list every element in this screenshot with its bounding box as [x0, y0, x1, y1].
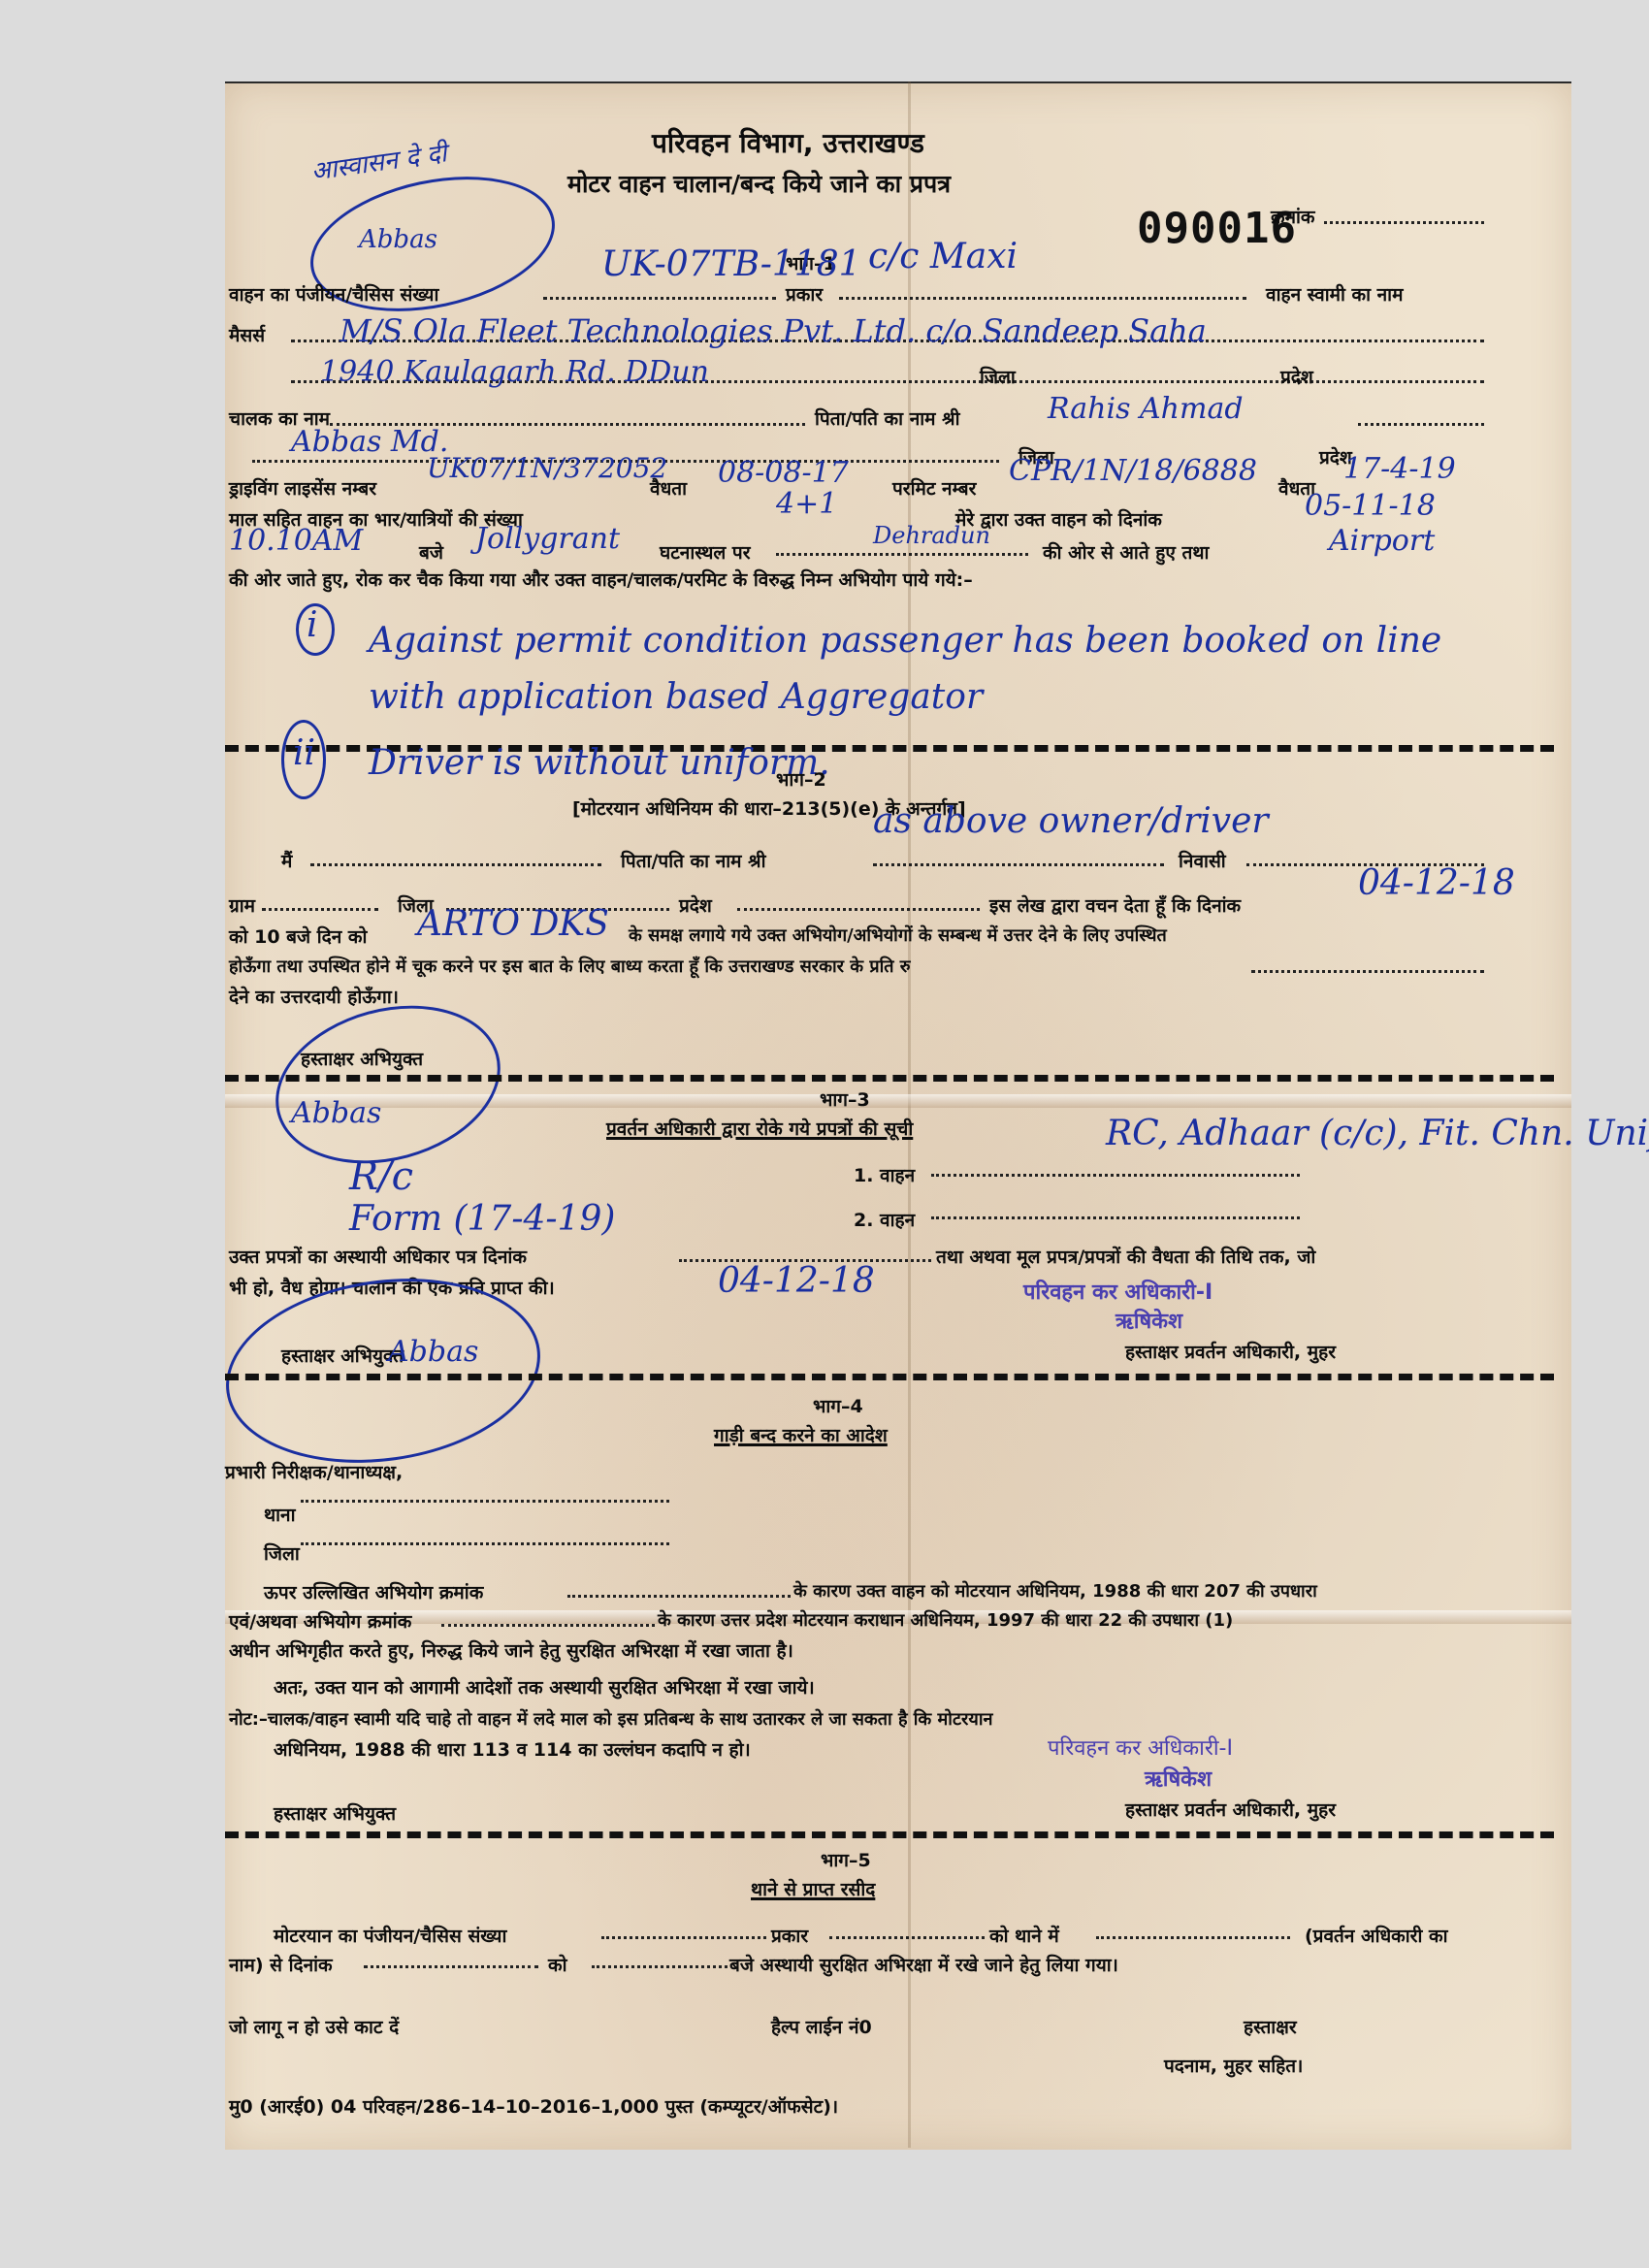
p4-signature-label: हस्ताक्षर अभियुक्त: [274, 1800, 396, 1826]
district-label: जिला: [980, 364, 1016, 389]
p2-signature-label: हस्ताक्षर अभियुक्त: [301, 1046, 423, 1071]
p5-designation: पदनाम, मुहर सहित।: [1164, 2053, 1303, 2078]
p5-line2a: नाम) से दिनांक: [229, 1952, 333, 1977]
p2-village-label: ग्राम: [229, 892, 255, 918]
p2-signature: Abbas: [291, 1096, 381, 1130]
p2-hearing-date: 04-12-18: [1358, 863, 1515, 903]
p3-receipt-date: 04-12-18: [718, 1261, 875, 1301]
p3-para1b: तथा अथवा मूल प्रपत्र/प्रपत्रों की वैधता …: [936, 1244, 1315, 1269]
p5-helpline: हैल्प लाईन नं0: [771, 2014, 872, 2039]
part4-label: भाग–4: [813, 1393, 863, 1418]
p4-district-label: जिला: [264, 1540, 300, 1566]
part5-subtitle: थाने से प्राप्त रसीद: [751, 1876, 875, 1901]
place-value: Jollygrant: [475, 522, 620, 556]
registration-value: UK-07TB-1181: [601, 244, 861, 284]
department-title: परिवहन विभाग, उत्तराखण्ड: [652, 124, 924, 161]
p5-line1c: को थाने में: [989, 1923, 1059, 1948]
permit-validity-value: 17-4-19: [1343, 452, 1456, 486]
p5-line2b: को: [548, 1952, 567, 1977]
p4-stamp-place: ऋषिकेश: [1145, 1764, 1212, 1793]
check-date-value: 05-11-18: [1305, 489, 1436, 523]
p4-officer-label: हस्ताक्षर प्रवर्तन अधिकारी, मुहर: [1125, 1797, 1336, 1822]
p2-line4: होऊँगा तथा उपस्थित होने में चूक करने पर …: [229, 955, 911, 978]
place-label: घटनास्थल पर: [660, 539, 750, 565]
p2-line3-prefix: को 10 बजे दिन को: [229, 923, 367, 949]
p4-station-label: थाना: [264, 1502, 296, 1527]
from-value: Dehradun: [873, 522, 990, 549]
officer-stamp-place: ऋषिकेश: [1115, 1306, 1182, 1335]
p2-line5: देने का उत्तरदायी होऊँगा।: [229, 984, 399, 1009]
p4-para2: एवं/अथवा अभियोग क्रमांक: [229, 1608, 411, 1634]
permit-value: CPR/1N/18/6888: [1009, 454, 1257, 488]
p4-note2: अधिनियम, 1988 की धारा 113 व 114 का उल्लं…: [274, 1736, 751, 1762]
officer-stamp-title: परिवहन कर अधिकारी-I: [1023, 1277, 1212, 1306]
p2-father-label: पिता/पति का नाम श्री: [621, 848, 766, 873]
p4-para3: अधीन अभिगृहीत करते हुए, निरुद्ध किये जान…: [229, 1637, 793, 1663]
p2-state-label: प्रदेश: [679, 892, 712, 918]
driver-father-label: पिता/पति का नाम श्री: [815, 405, 960, 431]
part4-subtitle: गाड़ी बन्द करने का आदेश: [714, 1422, 888, 1447]
doc-item-2-label: 2. वाहन: [854, 1207, 915, 1232]
p5-line1d: (प्रवर्तन अधिकारी का: [1305, 1923, 1448, 1948]
p3-officer-label: हस्ताक्षर प्रवर्तन अधिकारी, मुहर: [1125, 1339, 1336, 1364]
check-time-value: 10.10AM: [229, 524, 363, 558]
type-label: प्रकार: [786, 281, 823, 307]
to-value: Airport: [1329, 524, 1435, 558]
state-label: प्रदेश: [1280, 364, 1313, 389]
p4-note1: नोट:–चालक/वाहन स्वामी यदि चाहे तो वाहन म…: [229, 1707, 992, 1731]
registration-label: वाहन का पंजीयन/चैसिस संख्या: [229, 281, 438, 307]
driver-name-value: Abbas Md.: [291, 425, 448, 459]
p4-stamp-title: परिवहन कर अधिकारी-I: [1048, 1733, 1233, 1762]
doc-item-1-label: 1. वाहन: [854, 1162, 915, 1187]
permit-label: परमिट नम्बर: [892, 475, 976, 501]
part3-subtitle: प्रवर्तन अधिकारी द्वारा रोके गये प्रपत्र…: [606, 1116, 913, 1141]
p2-line3-suffix: के समक्ष लगाये गये उक्त अभियोग/अभियोगों …: [629, 923, 1167, 947]
p5-line1a: मोटरयान का पंजीयन/चैसिस संख्या: [274, 1923, 506, 1948]
p2-resident-label: निवासी: [1179, 848, 1226, 873]
load-value: 4+1: [776, 487, 837, 521]
from-label: की ओर से आते हुए तथा: [1043, 539, 1209, 565]
part5-label: भाग–5: [821, 1847, 871, 1872]
owner-value: M/S Ola Fleet Technologies Pvt. Ltd. c/o…: [339, 312, 1207, 349]
p3-signature-label: हस्ताक्षर अभियुक्त: [281, 1343, 404, 1368]
owner-prefix: मैसर्स: [229, 322, 265, 347]
charge-2-text: Driver is without uniform.: [369, 743, 830, 783]
p2-venue: ARTO DKS: [417, 904, 609, 944]
license-validity-value: 08-08-17: [718, 456, 849, 490]
form-title: मोटर वाहन चालान/बन्द किये जाने का प्रपत्…: [567, 167, 951, 200]
vehicle-type-value: c/c Maxi: [868, 237, 1018, 276]
print-footer: मु0 (आरई0) 04 परिवहन/286–14–10–2016–1,00…: [229, 2093, 838, 2119]
p3-para1: उक्त प्रपत्रों का अस्थायी अधिकार पत्र दि…: [229, 1244, 527, 1269]
part3-label: भाग–3: [820, 1086, 870, 1112]
license-label: ड्राइविंग लाइसेंस नम्बर: [229, 475, 376, 501]
p4-para1: ऊपर उल्लिखित अभियोग क्रमांक: [264, 1579, 483, 1604]
section-divider: [225, 1075, 1554, 1082]
charge-marker: ii: [293, 733, 315, 773]
owner-name-label: वाहन स्वामी का नाम: [1266, 281, 1403, 307]
charges-intro: की ओर जाते हुए, रोक कर चैक किया गया और उ…: [229, 567, 973, 592]
p2-promise-label: इस लेख द्वारा वचन देता हूँ कि दिनांक: [989, 892, 1241, 918]
p4-para4: अतः, उक्त यान को आगामी आदेशों तक अस्थायी…: [274, 1674, 815, 1700]
p2-i-label: मैं: [281, 848, 292, 873]
serial-label: क्रमांक: [1271, 204, 1314, 229]
p4-to-label: प्रभारी निरीक्षक/थानाध्यक्ष,: [225, 1459, 403, 1484]
seized-permit-form: Form (17-4-19): [349, 1199, 615, 1239]
seized-doc-1: RC, Adhaar (c/c), Fit. Chn. Uniform: [1106, 1114, 1649, 1153]
charge-marker: i: [307, 605, 318, 645]
owner-address: 1940 Kaulagarh Rd. DDun: [320, 355, 709, 389]
p5-strike-note: जो लागू न हो उसे काट दें: [229, 2014, 399, 2039]
part2-party: as above owner/driver: [873, 801, 1269, 841]
p4-para1b: के कारण उक्त वाहन को मोटरयान अधिनियम, 19…: [793, 1579, 1317, 1603]
seized-rc: R/c: [349, 1154, 413, 1199]
p5-line1b: प्रकार: [771, 1923, 808, 1948]
signature-abbas: Abbas: [359, 225, 437, 254]
time-label: बजे: [419, 539, 443, 565]
p3-signature: Abbas: [388, 1335, 478, 1369]
charge-1-text: Against permit condition passenger has b…: [369, 613, 1503, 726]
license-value: UK07/1N/372052: [427, 452, 667, 484]
license-validity-label: वैधता: [650, 475, 687, 501]
section-divider: [225, 1831, 1554, 1838]
section-divider: [225, 1374, 1554, 1380]
p4-para2b: के कारण उत्तर प्रदेश मोटरयान कराधान अधिन…: [658, 1608, 1233, 1632]
p5-signature: हस्ताक्षर: [1244, 2014, 1297, 2039]
driver-father-value: Rahis Ahmad: [1048, 392, 1244, 426]
p5-line2c: बजे अस्थायी सुरक्षित अभिरक्षा में रखे जा…: [729, 1952, 1118, 1977]
part2-label: भाग–2: [776, 766, 826, 792]
